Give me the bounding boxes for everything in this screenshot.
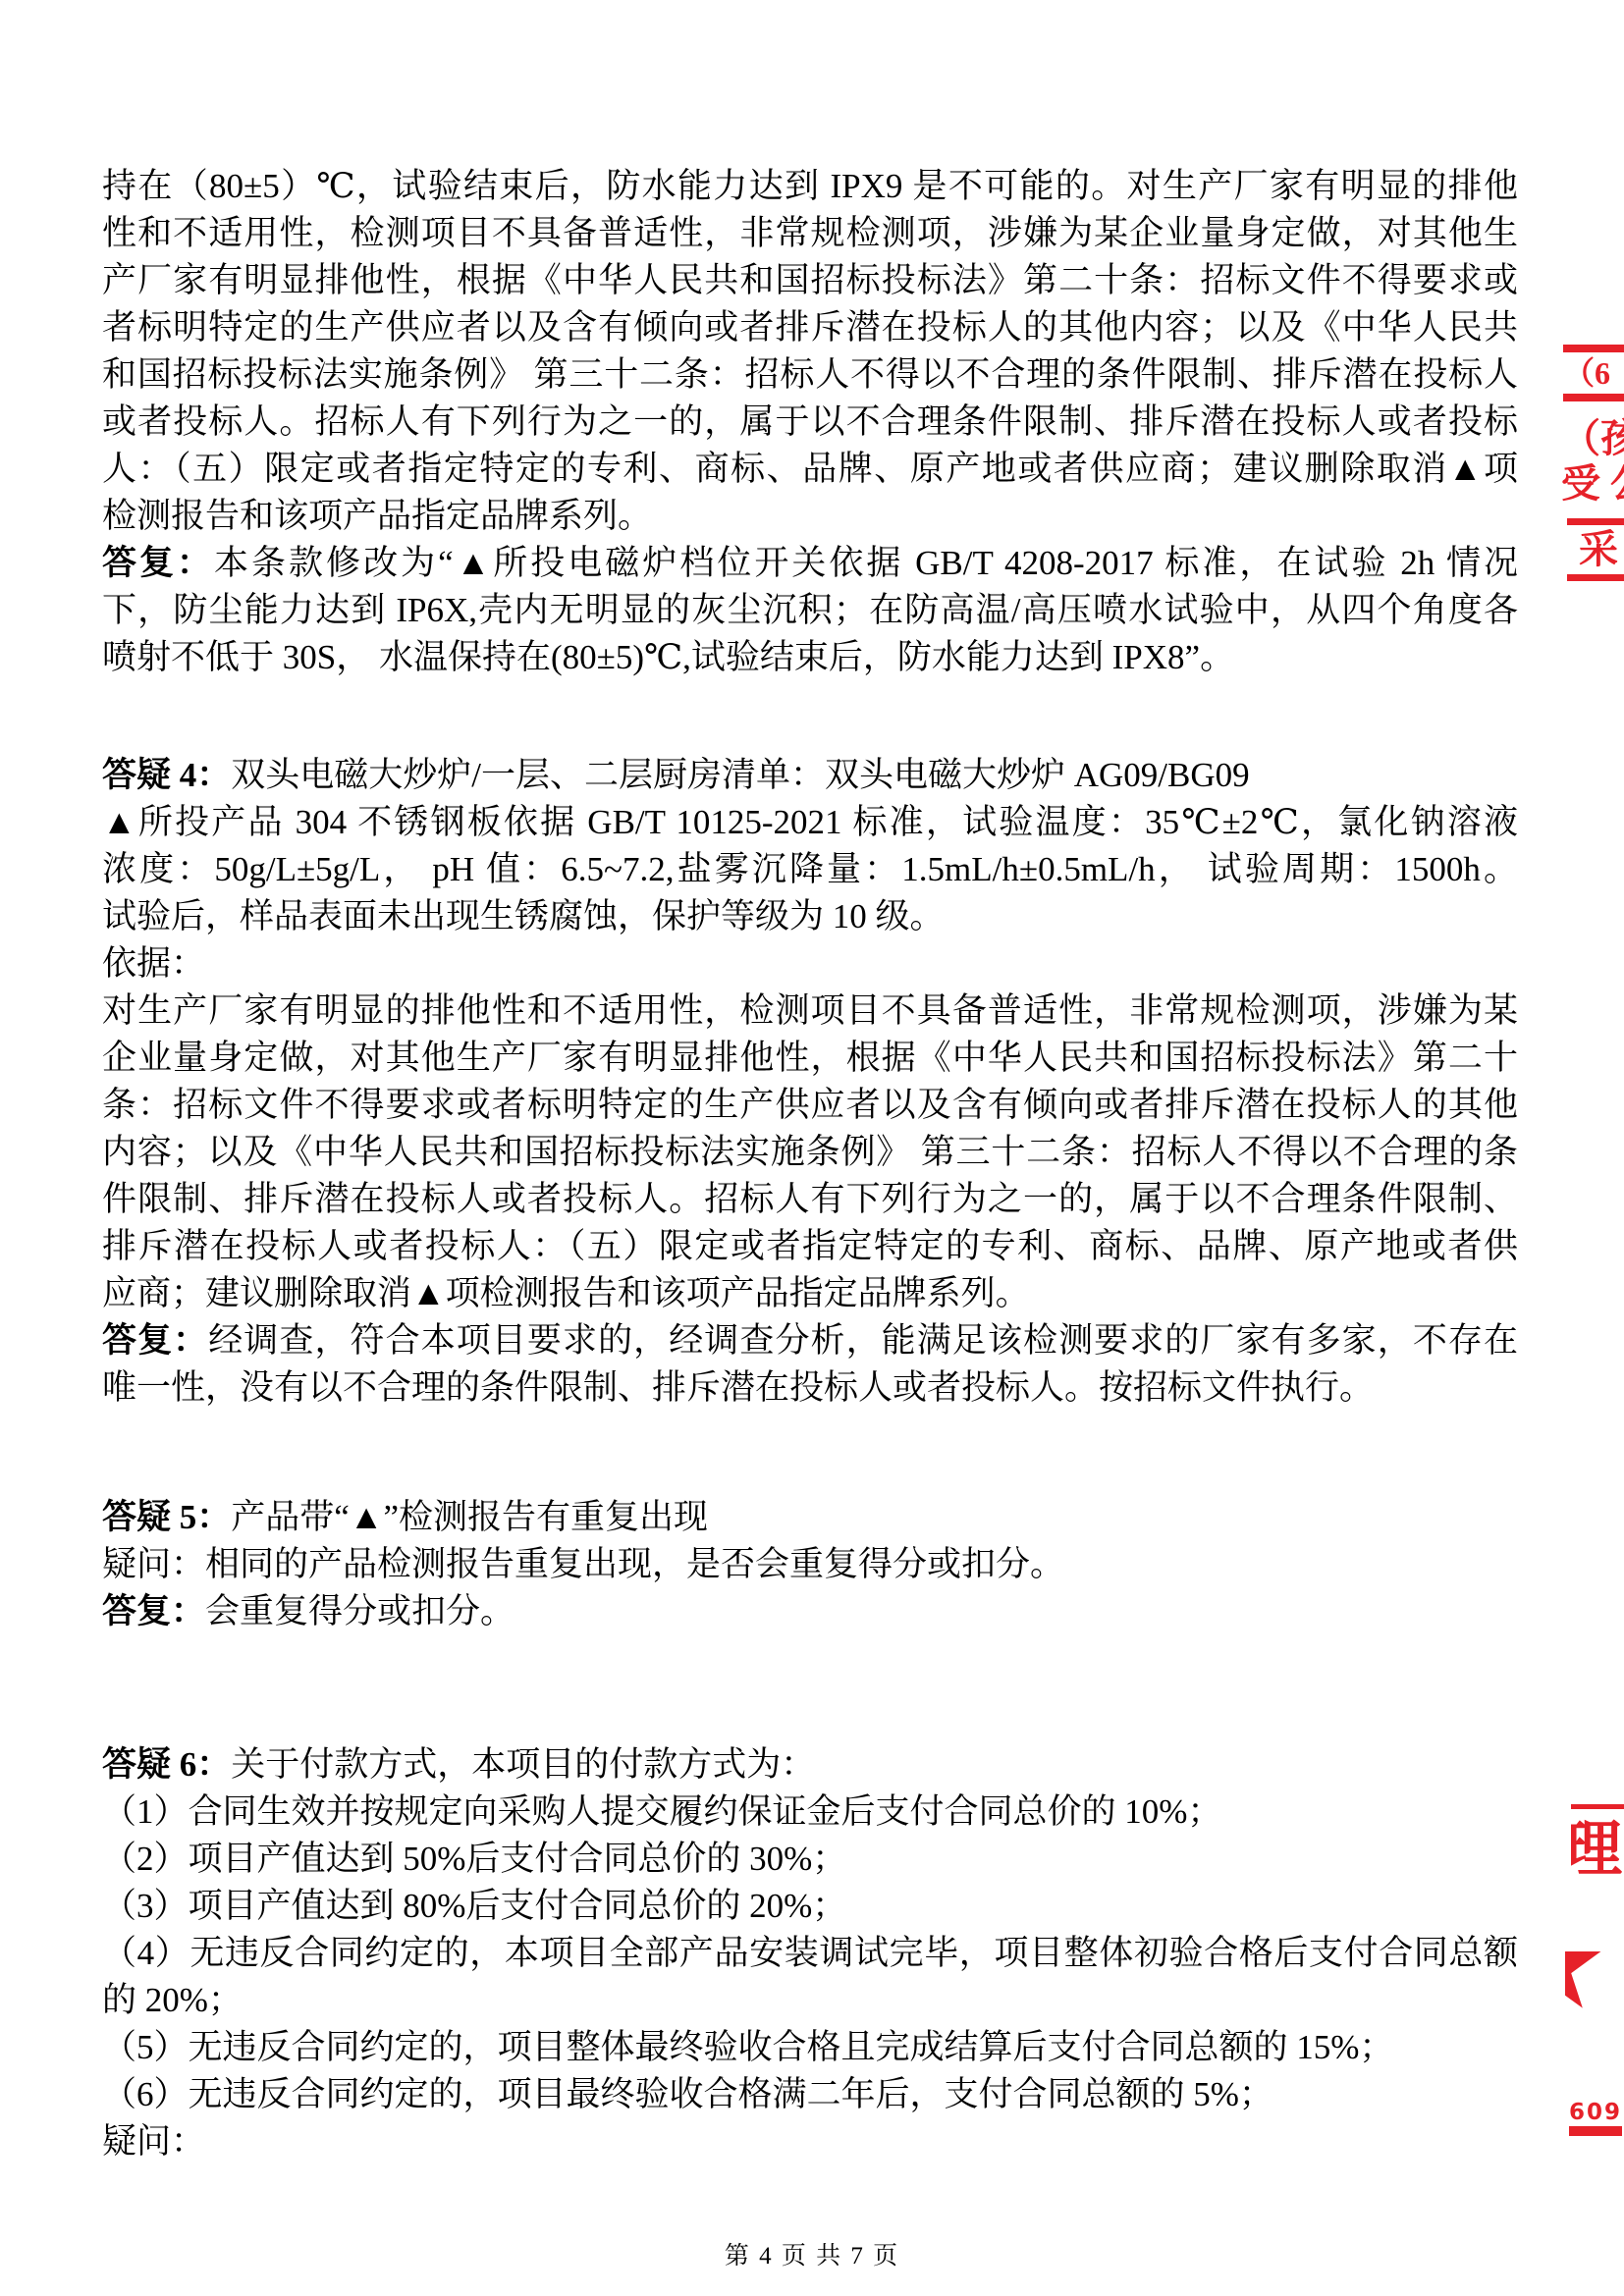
line-text: 性和不适用性，检测项目不具备普适性，非常规检测项，涉嫌为某企业量身定做，对其他生 (102, 214, 1518, 252)
line-text: 唯一性，没有以不合理的条件限制、排斥潜在投标人或者投标人。按招标文件执行。 (102, 1368, 1374, 1407)
text-line: 答复：本条款修改为“▲所投电磁炉档位开关依据 GB/T 4208-2017 标准… (102, 540, 1518, 587)
line-label: 答复： (102, 1321, 208, 1360)
text-line: 内容；以及《中华人民共和国招标投标法实施条例》 第三十二条：招标人不得以不合理的… (102, 1129, 1518, 1176)
line-text: ▲所投产品 304 不锈钢板依据 GB/T 10125-2021 标准，试验温度… (102, 803, 1518, 841)
line-label: 答复： (102, 544, 214, 582)
text-line: 答疑 5：产品带“▲”检测报告有重复出现 (102, 1494, 1518, 1541)
line-text: 持在（80±5）℃，试验结束后，防水能力达到 IPX9 是不可能的。对生产厂家有… (102, 167, 1518, 205)
text-line: 答复：经调查，符合本项目要求的，经调查分析，能满足该检测要求的厂家有多家，不存在 (102, 1317, 1518, 1364)
line-text: （2）项目产值达到 50%后支付合同总价的 30%； (102, 1840, 846, 1878)
line-text: 疑问：相同的产品检测报告重复出现，是否会重复得分或扣分。 (102, 1545, 1064, 1583)
line-text: 排斥潜在投标人或者投标人：（五）限定或者指定特定的专利、商标、品牌、原产地或者供 (102, 1227, 1518, 1265)
line-text: 人：（五）限定或者指定特定的专利、商标、品牌、原产地或者供应商；建议删除取消▲项 (102, 450, 1518, 488)
text-line: 持在（80±5）℃，试验结束后，防水能力达到 IPX9 是不可能的。对生产厂家有… (102, 163, 1518, 210)
document-body: 持在（80±5）℃，试验结束后，防水能力达到 IPX9 是不可能的。对生产厂家有… (102, 163, 1518, 2165)
text-line: 浓度：50g/L±5g/L， pH 值：6.5~7.2,盐雾沉降量：1.5mL/… (102, 846, 1518, 893)
page-footer: 第 4 页 共 7 页 (0, 2236, 1624, 2271)
line-text: （5）无违反合同约定的，项目整体最终验收合格且完成结算后支付合同总额的 15%； (102, 2028, 1393, 2066)
text-line: 喷射不低于 30S， 水温保持在(80±5)℃,试验结束后，防水能力达到 IPX… (102, 634, 1518, 681)
text-line: 对生产厂家有明显的排他性和不适用性，检测项目不具备普适性，非常规检测项，涉嫌为某 (102, 988, 1518, 1035)
line-text: 应商；建议删除取消▲项检测报告和该项产品指定品牌系列。 (102, 1274, 1030, 1312)
line-text: 下，防尘能力达到 IP6X,壳内无明显的灰尘沉积；在防高温/高压喷水试验中，从四… (102, 591, 1518, 629)
text-line: ▲所投产品 304 不锈钢板依据 GB/T 10125-2021 标准，试验温度… (102, 799, 1518, 846)
section-qa4: 答疑 4：双头电磁大炒炉/一层、二层厨房清单：双头电磁大炒炉 AG09/BG09… (102, 752, 1518, 1412)
text-line: 答复：会重复得分或扣分。 (102, 1588, 1518, 1635)
line-text: 依据： (102, 944, 205, 983)
document-page: { "page": { "footer": "第 4 页 共 7 页" }, "… (0, 0, 1624, 2296)
text-line: 排斥潜在投标人或者投标人：（五）限定或者指定特定的专利、商标、品牌、原产地或者供 (102, 1223, 1518, 1270)
line-text: 关于付款方式，本项目的付款方式为： (231, 1745, 815, 1784)
stamp-text: （6 (1563, 352, 1624, 394)
stamp-fragment-box: 采 (1567, 518, 1624, 581)
line-text: （4）无违反合同约定的，本项目全部产品安装调试完毕，项目整体初验合格后支付合同总… (102, 1934, 1518, 1972)
text-line: 疑问： (102, 2118, 1518, 2165)
stamp-fragment-seal-text: 管理 (1571, 1804, 1624, 1895)
line-text: （3）项目产值达到 80%后支付合同总价的 20%； (102, 1887, 846, 1925)
line-text: 对生产厂家有明显的排他性和不适用性，检测项目不具备普适性，非常规检测项，涉嫌为某 (102, 991, 1518, 1030)
text-line: 疑问：相同的产品检测报告重复出现，是否会重复得分或扣分。 (102, 1541, 1518, 1588)
line-text: 产品带“▲”检测报告有重复出现 (231, 1498, 708, 1536)
line-text: 疑问： (102, 2122, 205, 2161)
line-text: 条：招标文件不得要求或者标明特定的生产供应者以及含有倾向或者排斥潜在投标人的其他 (102, 1086, 1518, 1124)
line-text: 件限制、排斥潜在投标人或者投标人。招标人有下列行为之一的，属于以不合理条件限制、 (102, 1180, 1518, 1218)
line-text: 喷射不低于 30S， 水温保持在(80±5)℃,试验结束后，防水能力达到 IPX… (102, 638, 1234, 676)
text-line: 性和不适用性，检测项目不具备普适性，非常规检测项，涉嫌为某企业量身定做，对其他生 (102, 210, 1518, 257)
text-line: 应商；建议删除取消▲项检测报告和该项产品指定品牌系列。 (102, 1270, 1518, 1317)
line-text: 的 20%； (102, 1981, 243, 2019)
text-line: 企业量身定做，对其他生产厂家有明显排他性，根据《中华人民共和国招标投标法》第二十 (102, 1035, 1518, 1082)
line-label: 答复： (102, 1592, 205, 1630)
text-line: 条：招标文件不得要求或者标明特定的生产供应者以及含有倾向或者排斥潜在投标人的其他 (102, 1082, 1518, 1129)
text-line: 依据： (102, 940, 1518, 988)
line-text: 试验后，样品表面未出现生锈腐蚀，保护等级为 10 级。 (102, 897, 945, 935)
text-line: 答疑 6：关于付款方式，本项目的付款方式为： (102, 1741, 1518, 1789)
stamp-text-row: 受 公 (1561, 461, 1624, 507)
text-line: （5）无违反合同约定的，项目整体最终验收合格且完成结算后支付合同总额的 15%； (102, 2024, 1518, 2071)
section-qa3-reply: 答复：本条款修改为“▲所投电磁炉档位开关依据 GB/T 4208-2017 标准… (102, 540, 1518, 681)
stamp-fragment-digits: 609 (1569, 2101, 1624, 2136)
text-line: 者标明特定的生产供应者以及含有倾向或者排斥潜在投标人的其他内容；以及《中华人民共 (102, 304, 1518, 351)
line-text: 者标明特定的生产供应者以及含有倾向或者排斥潜在投标人的其他内容；以及《中华人民共 (102, 308, 1518, 347)
text-line: 的 20%； (102, 1977, 1518, 2024)
text-line: （3）项目产值达到 80%后支付合同总价的 20%； (102, 1883, 1518, 1930)
line-text: （6）无违反合同约定的，项目最终验收合格满二年后，支付合同总额的 5%； (102, 2075, 1273, 2113)
stamp-text: 609 (1569, 2101, 1624, 2124)
line-text: 企业量身定做，对其他生产厂家有明显排他性，根据《中华人民共和国招标投标法》第二十 (102, 1039, 1518, 1077)
text-line: （4）无违反合同约定的，本项目全部产品安装调试完毕，项目整体初验合格后支付合同总… (102, 1930, 1518, 1977)
line-text: 双头电磁大炒炉/一层、二层厨房清单：双头电磁大炒炉 AG09/BG09 (231, 756, 1249, 794)
stamp-border-line (1569, 2126, 1622, 2136)
text-line: 件限制、排斥潜在投标人或者投标人。招标人有下列行为之一的，属于以不合理条件限制、 (102, 1176, 1518, 1223)
text-line: 唯一性，没有以不合理的条件限制、排斥潜在投标人或者投标人。按招标文件执行。 (102, 1364, 1518, 1412)
line-text: 内容；以及《中华人民共和国招标投标法实施条例》 第三十二条：招标人不得以不合理的… (102, 1133, 1518, 1171)
line-text: 浓度：50g/L±5g/L， pH 值：6.5~7.2,盐雾沉降量：1.5mL/… (102, 850, 1518, 888)
line-text: 或者投标人。招标人有下列行为之一的，属于以不合理条件限制、排斥潜在投标人或者投标 (102, 402, 1518, 441)
line-label: 答疑 5： (102, 1498, 231, 1536)
line-text: 经调查，符合本项目要求的，经调查分析，能满足该检测要求的厂家有多家，不存在 (208, 1321, 1518, 1360)
line-text: 和国招标投标法实施条例》 第三十二条：招标人不得以不合理的条件限制、排斥潜在投标… (102, 355, 1518, 394)
text-line: （6）无违反合同约定的，项目最终验收合格满二年后，支付合同总额的 5%； (102, 2071, 1518, 2118)
line-text: （1）合同生效并按规定向采购人提交履约保证金后支付合同总价的 10%； (102, 1792, 1221, 1831)
star-glyph: ★ (1565, 1902, 1609, 2028)
line-label: 答疑 4： (102, 756, 231, 794)
line-text: 产厂家有明显排他性，根据《中华人民共和国招标投标法》第二十条：招标文件不得要求或 (102, 261, 1518, 299)
line-label: 答疑 6： (102, 1745, 231, 1784)
section-qa3-issue-continuation: 持在（80±5）℃，试验结束后，防水能力达到 IPX9 是不可能的。对生产厂家有… (102, 163, 1518, 540)
text-line: 产厂家有明显排他性，根据《中华人民共和国招标投标法》第二十条：招标文件不得要求或 (102, 257, 1518, 304)
text-line: 答疑 4：双头电磁大炒炉/一层、二层厨房清单：双头电磁大炒炉 AG09/BG09 (102, 752, 1518, 799)
text-line: （2）项目产值达到 50%后支付合同总价的 30%； (102, 1836, 1518, 1883)
page-number-text: 第 4 页 共 7 页 (725, 2243, 899, 2269)
section-qa5: 答疑 5：产品带“▲”检测报告有重复出现疑问：相同的产品检测报告重复出现，是否会… (102, 1494, 1518, 1635)
section-qa6: 答疑 6：关于付款方式，本项目的付款方式为：（1）合同生效并按规定向采购人提交履… (102, 1741, 1518, 2165)
text-line: 试验后，样品表面未出现生锈腐蚀，保护等级为 10 级。 (102, 893, 1518, 940)
stamp-text-row: （孩 (1561, 416, 1624, 461)
line-text: 本条款修改为“▲所投电磁炉档位开关依据 GB/T 4208-2017 标准，在试… (214, 544, 1518, 582)
text-line: 或者投标人。招标人有下列行为之一的，属于以不合理条件限制、排斥潜在投标人或者投标 (102, 399, 1518, 446)
text-line: 和国招标投标法实施条例》 第三十二条：招标人不得以不合理的条件限制、排斥潜在投标… (102, 351, 1518, 399)
stamp-fragment-characters: （孩 受 公 (1561, 416, 1624, 510)
line-text: 检测报告和该项产品指定品牌系列。 (102, 497, 652, 535)
text-line: 下，防尘能力达到 IP6X,壳内无明显的灰尘沉积；在防高温/高压喷水试验中，从四… (102, 587, 1518, 634)
stamp-text: 管理 (1571, 1809, 1622, 1892)
stamp-text: 采 (1567, 525, 1624, 574)
line-text: 会重复得分或扣分。 (205, 1592, 514, 1630)
text-line: 检测报告和该项产品指定品牌系列。 (102, 493, 1518, 540)
text-line: 人：（五）限定或者指定特定的专利、商标、品牌、原产地或者供应商；建议删除取消▲项 (102, 446, 1518, 493)
stamp-fragment-box: （6 (1563, 345, 1624, 401)
stamp-star-icon: ★ (1565, 1902, 1624, 2028)
text-line: （1）合同生效并按规定向采购人提交履约保证金后支付合同总价的 10%； (102, 1789, 1518, 1836)
